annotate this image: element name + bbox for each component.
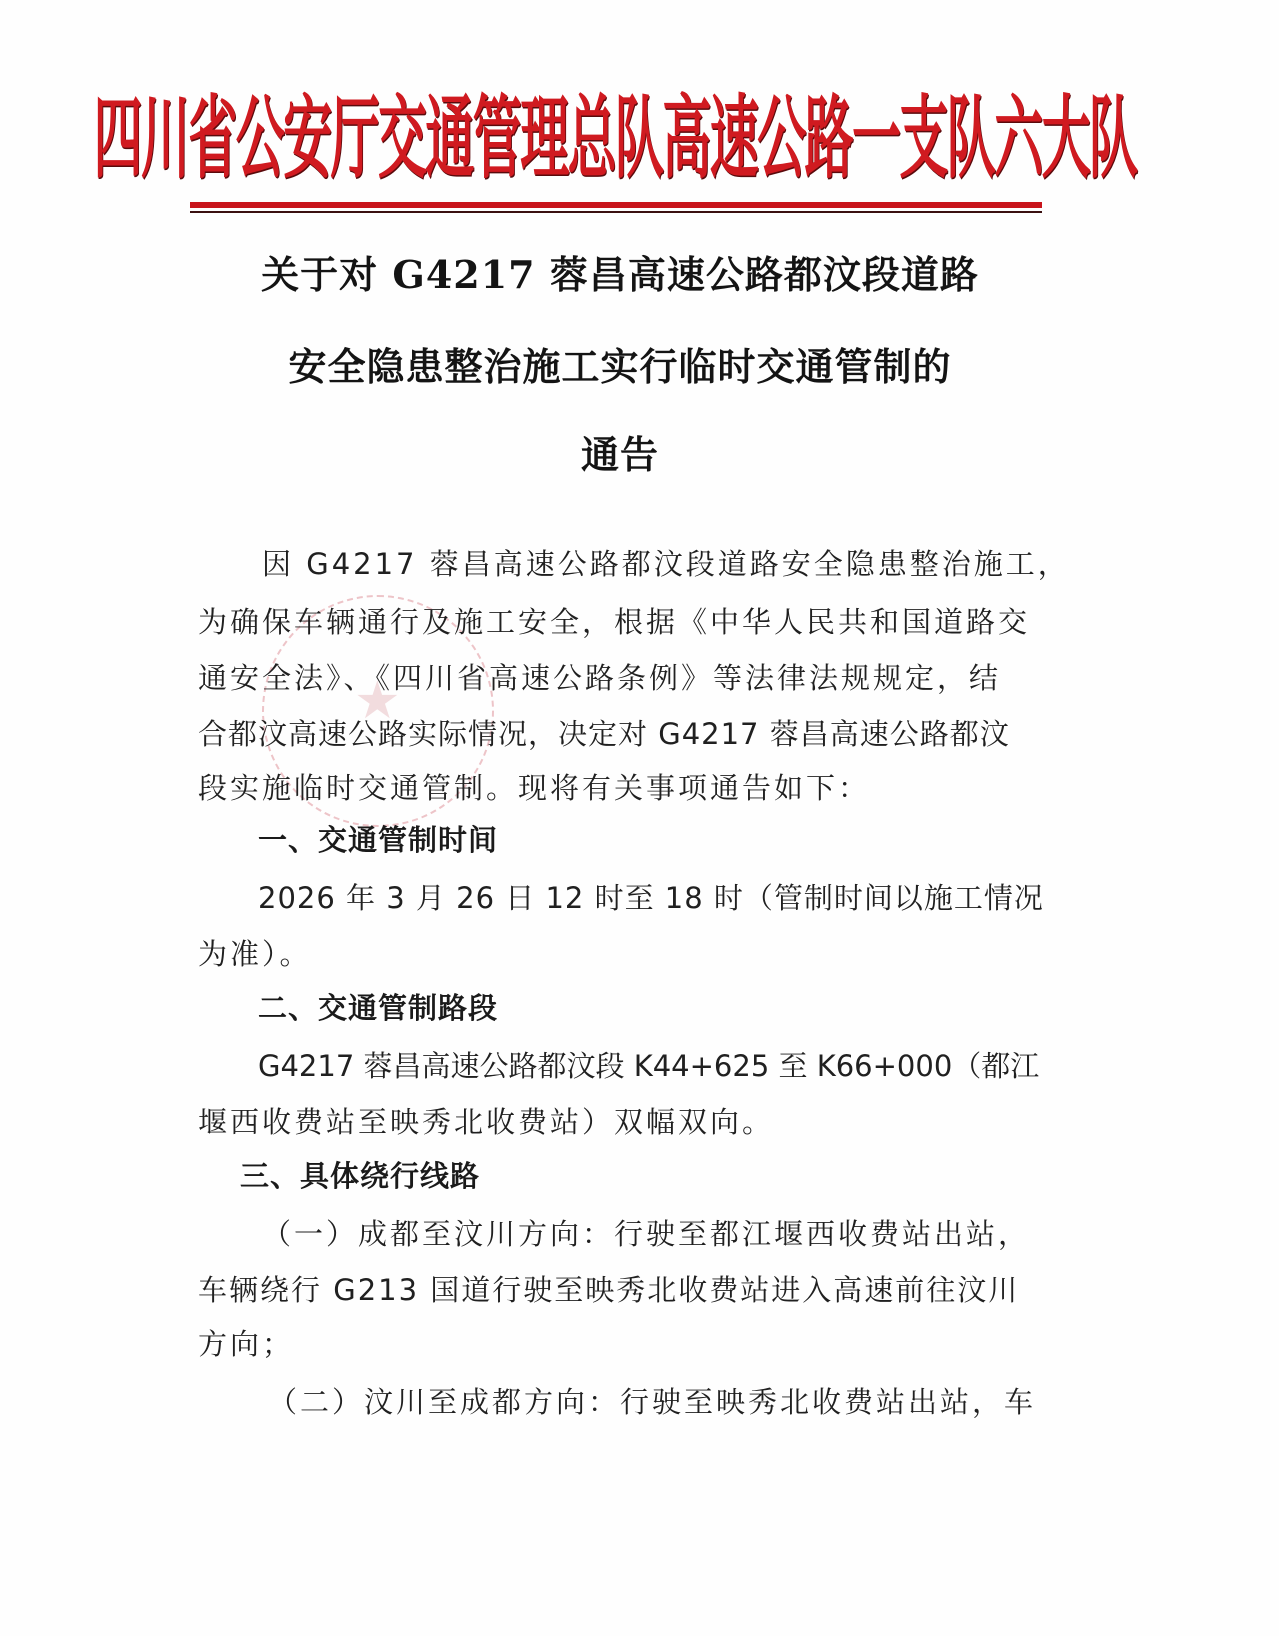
section-2-line-1: G4217 蓉昌高速公路都汶段 K44+625 至 K66+000（都江 <box>258 1046 1043 1086</box>
notice-title-line-1: 关于对 G4217 蓉昌高速公路都汶段道路 <box>200 244 1040 299</box>
section-1-heading: 一、交通管制时间 <box>258 820 498 860</box>
intro-line-5: 段实施临时交通管制。现将有关事项通告如下： <box>198 768 1043 808</box>
section-3-line-4: （二）汶川至成都方向：行驶至映秀北收费站出站，车 <box>268 1382 1043 1422</box>
notice-title-line-2: 安全隐患整治施工实行临时交通管制的 <box>200 336 1040 391</box>
intro-line-2: 为确保车辆通行及施工安全，根据《中华人民共和国道路交 <box>198 602 1043 642</box>
letterhead-red-rule <box>190 202 1042 208</box>
section-2-line-2: 堰西收费站至映秀北收费站）双幅双向。 <box>198 1102 1043 1142</box>
notice-title-line-3: 通告 <box>200 424 1040 479</box>
section-3-line-2: 车辆绕行 G213 国道行驶至映秀北收费站进入高速前往汶川 <box>198 1270 1043 1310</box>
intro-line-3: 通安全法》、《四川省高速公路条例》等法律法规规定，结 <box>198 658 1043 698</box>
section-3-line-3: 方向； <box>198 1324 1043 1364</box>
section-2-heading: 二、交通管制路段 <box>258 988 498 1028</box>
intro-line-4: 合都汶高速公路实际情况，决定对 G4217 蓉昌高速公路都汶 <box>198 714 1043 754</box>
issuer-name: 四川省公安厅交通管理总队高速公路一支队六大队 <box>94 65 1137 194</box>
intro-line-1: 因 G4217 蓉昌高速公路都汶段道路安全隐患整治施工， <box>262 544 1043 584</box>
section-3-line-1: （一）成都至汶川方向：行驶至都江堰西收费站出站， <box>262 1214 1043 1254</box>
document-page: 四川省公安厅交通管理总队高速公路一支队六大队 关于对 G4217 蓉昌高速公路都… <box>0 0 1279 1636</box>
section-1-line-2: 为准）。 <box>198 934 1043 974</box>
section-1-line-1: 2026 年 3 月 26 日 12 时至 18 时（管制时间以施工情况 <box>258 878 1043 918</box>
letterhead: 四川省公安厅交通管理总队高速公路一支队六大队 <box>190 70 1040 190</box>
section-3-heading: 三、具体绕行线路 <box>240 1156 480 1196</box>
letterhead-thin-rule <box>190 211 1042 213</box>
